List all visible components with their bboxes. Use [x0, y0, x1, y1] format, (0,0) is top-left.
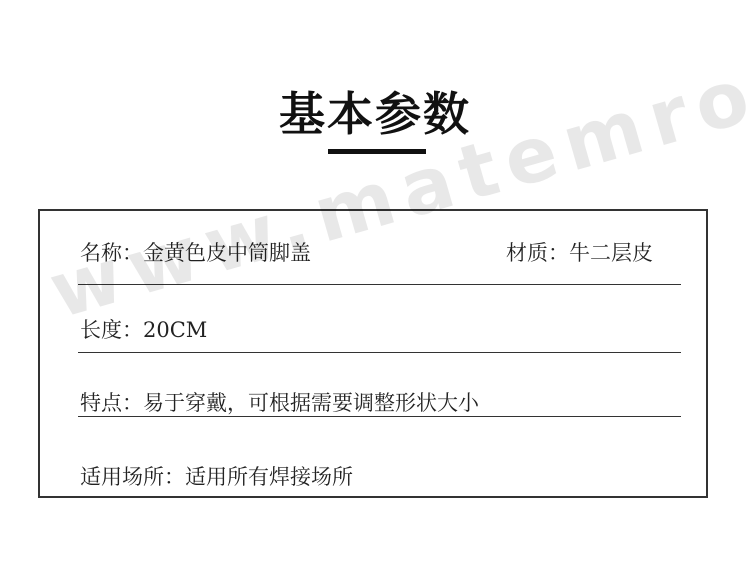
- row-features: 特点：易于穿戴，可根据需要调整形状大小: [78, 354, 681, 417]
- param-material: 材质：牛二层皮: [506, 237, 653, 267]
- param-features: 特点：易于穿戴，可根据需要调整形状大小: [80, 387, 479, 417]
- row-name-material: 名称：金黄色皮中筒脚盖 材质：牛二层皮: [78, 211, 681, 285]
- param-length: 长度：20CM: [80, 314, 207, 344]
- parameters-table: 名称：金黄色皮中筒脚盖 材质：牛二层皮 长度：20CM 特点：易于穿戴，可根据需…: [38, 209, 708, 498]
- param-name: 名称：金黄色皮中筒脚盖: [80, 237, 311, 267]
- title-underline: [328, 149, 426, 154]
- row-length: 长度：20CM: [78, 286, 681, 353]
- page-title: 基本参数: [0, 78, 750, 144]
- param-usage: 适用场所：适用所有焊接场所: [80, 461, 353, 491]
